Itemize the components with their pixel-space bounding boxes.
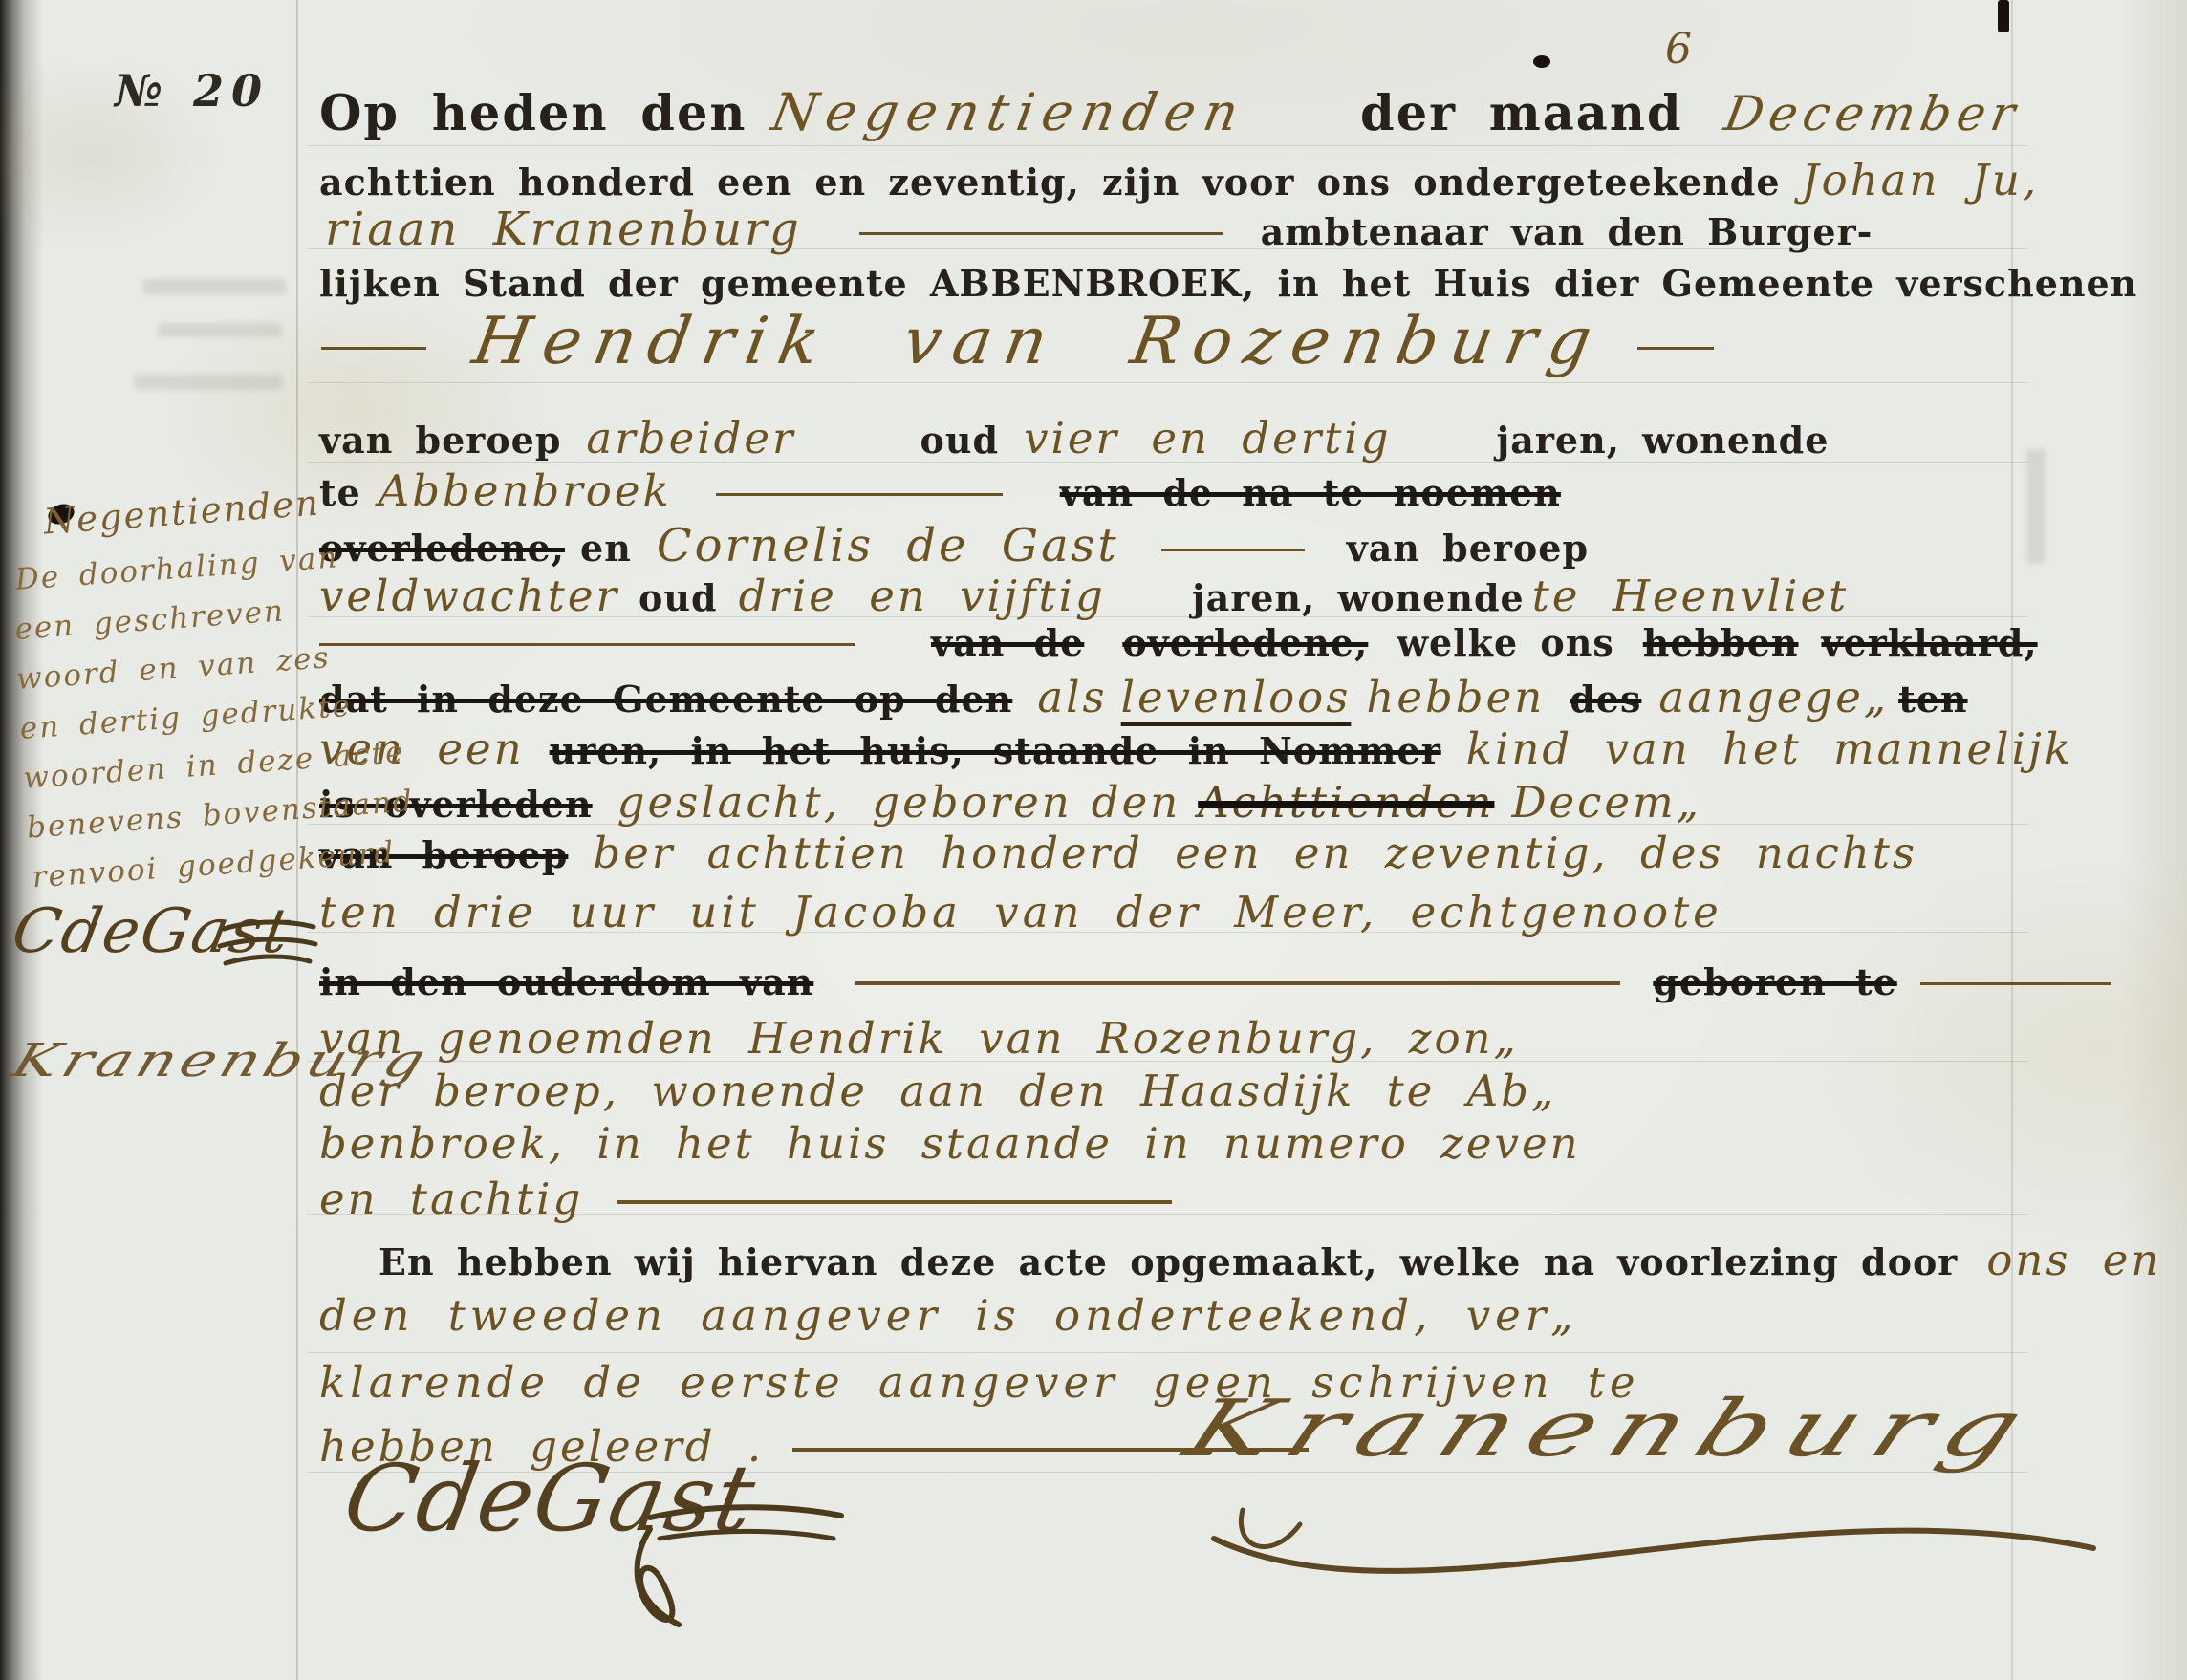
signature-sweep-icon (1185, 1472, 2122, 1644)
handwritten-occupation2: veldwachter (319, 571, 619, 621)
body-line-year: achttien honderd een en zeventig, zijn v… (319, 155, 2039, 205)
handwritten-residence2: te Heenvliet (1532, 571, 1849, 621)
handwritten-struck-date: Achttienden (1198, 777, 1494, 828)
handwritten-text: benbroek, in het huis staande in numero … (319, 1118, 1581, 1169)
renvooi-number: 6 (1665, 25, 1692, 74)
filler-line (1637, 347, 1714, 350)
handwritten-text: van genoemden Hendrik van Rozenburg, zon… (319, 1013, 1519, 1064)
printed-text: oud (920, 419, 1000, 462)
handwritten-month: December (1720, 86, 2024, 141)
handwritten-text: Decem„ (1511, 777, 1701, 828)
printed-text: En hebben wij hiervan deze acte opgemaak… (379, 1240, 1958, 1283)
signature-kranenburg: Kranenburg (1172, 1384, 2051, 1475)
handwritten-declarant2-name: Cornelis de Gast (657, 519, 1119, 572)
signature-paraph-icon (216, 914, 321, 980)
struck-printed-text: verklaard, (1822, 621, 2038, 664)
body-line-housenumber: en tachtig (319, 1174, 1172, 1224)
body-line-declaration3: is overledengeslacht, geborendenAchttien… (319, 777, 1701, 828)
printed-text: en (580, 527, 632, 570)
margin-signature-kranenburg: Kranenburg (6, 1034, 437, 1088)
body-line-address1: der beroep, wonende aan den Haasdijk te … (319, 1066, 1556, 1116)
printed-text: te (319, 471, 361, 514)
filler-line (859, 232, 1223, 235)
struck-printed-text: overledene, (1122, 621, 1368, 664)
handwritten-text: kind van het mannelijk (1466, 723, 2073, 774)
body-line-declarant1-details: van beroeparbeideroudvier en dertigjaren… (319, 413, 1829, 463)
printed-text: Op heden den (319, 85, 747, 142)
bleed-through-smudge (2026, 449, 2046, 564)
printed-text: jaren, wonende (1497, 419, 1830, 462)
handwritten-day: Negentienden (767, 82, 1251, 142)
body-line-address2: benbroek, in het huis staande in numero … (319, 1118, 1581, 1169)
handwritten-text: ber achttien honderd een en zeventig, de… (593, 828, 1917, 878)
filler-line (1161, 549, 1305, 551)
handwritten-text: geslacht, geboren (617, 777, 1072, 828)
handwritten-text: ons en (1986, 1235, 2161, 1285)
printed-text: der maand (1360, 85, 1683, 142)
handwritten-text: aangege„ (1658, 672, 1889, 722)
struck-printed-text: geboren te (1653, 960, 1896, 1003)
struck-printed-text: van de (931, 621, 1084, 664)
filler-line (716, 493, 1003, 496)
body-line-declarant2-details: veldwachterouddrie en vijftigjaren, wone… (319, 571, 1849, 621)
handwritten-age2: drie en vijftig (739, 571, 1106, 621)
handwritten-registrar-name-part2: riaan Kranenburg (325, 203, 802, 256)
filler-line (855, 981, 1620, 985)
filler-line (617, 1200, 1172, 1204)
body-line-closing-printed: En hebben wij hiervan deze acte opgemaak… (379, 1235, 2161, 1285)
filler-line (319, 643, 855, 646)
margin-annotation: Negentienden De doorhaling van een gesch… (4, 482, 318, 504)
bleed-through-smudge (143, 279, 287, 294)
ink-blot (1533, 55, 1550, 68)
ruled-line (308, 382, 2028, 383)
act-number: № 20 (115, 65, 270, 117)
body-line-municipality: lijken Stand der gemeente ABBENBROEK, in… (319, 262, 2137, 305)
handwritten-registrar-name-part1: Johan Ju, (1802, 155, 2040, 205)
printed-text: lijken Stand der gemeente ABBENBROEK, in… (319, 262, 2137, 305)
printed-text: achttien honderd een en zeventig, zijn v… (319, 161, 1781, 204)
handwritten-age: vier en dertig (1024, 413, 1391, 463)
handwritten-text: den tweeden aangever is onderteekend, ve… (319, 1290, 1578, 1341)
body-line-declaration1: dat in deze Gemeente op denalslevenloosh… (319, 672, 1968, 722)
printed-text: van beroep (1347, 527, 1589, 570)
body-line-declarant2-name: overledene,enCornelis de Gastvan beroep (319, 519, 1589, 572)
struck-printed-text: ten (1898, 678, 1967, 721)
filler-line (321, 347, 426, 350)
handwritten-underlined-levenloos: levenloos (1121, 672, 1352, 722)
body-line-declaration4: van beroepber achttien honderd een en ze… (319, 828, 1917, 878)
handwritten-mother-name: ten drie uur uit Jacoba van der Meer, ec… (319, 887, 1722, 937)
margin-note-line: een geschreven (13, 593, 286, 647)
body-line-relation: van deoverledene,welke onshebbenverklaar… (319, 621, 2038, 664)
struck-printed-text: overledene, (319, 527, 565, 570)
body-line-residence1: teAbbenbroekvan de na te noemen (319, 465, 1561, 516)
margin-note-line: De doorhaling van (14, 540, 340, 597)
struck-printed-text: hebben (1643, 621, 1799, 664)
body-line-age-blank: in den ouderdom vangeboren te (319, 960, 2111, 1003)
handwritten-residence: Abbenbroek (379, 465, 672, 516)
body-line-registrar: riaan Kranenburgambtenaar van den Burger… (325, 203, 1873, 256)
handwritten-occupation: arbeider (586, 413, 795, 463)
body-line-declaration2: ven eenuren, in het huis, staande in Nom… (319, 723, 2073, 774)
filler-line (1920, 982, 2111, 985)
printed-text: jaren, wonende (1192, 576, 1525, 619)
struck-printed-text: van de na te noemen (1060, 471, 1561, 514)
margin-note-line: renvooi goedgekeurd (31, 835, 396, 894)
handwritten-text: en tachtig (319, 1174, 583, 1224)
struck-printed-text: uren, in het huis, staande in Nommer (550, 729, 1441, 772)
body-line-mother: ten drie uur uit Jacoba van der Meer, ec… (319, 887, 1722, 937)
handwritten-text: der beroep, wonende aan den Haasdijk te … (319, 1066, 1556, 1116)
fold-crease (296, 0, 298, 1680)
struck-printed-text: dat in deze Gemeente op den (319, 678, 1012, 721)
handwritten-text: hebben (1366, 672, 1545, 722)
struck-printed-text: in den ouderdom van (319, 960, 813, 1003)
printed-text: van beroep (319, 419, 561, 462)
ruled-line (308, 145, 2028, 146)
body-line-closing2: den tweeden aangever is onderteekend, ve… (319, 1290, 1578, 1341)
margin-note-line: Negentienden (42, 483, 321, 543)
struck-printed-text: des (1570, 678, 1641, 721)
printed-text: welke ons (1397, 621, 1613, 664)
handwritten-text: als (1037, 672, 1107, 722)
printed-text: oud (639, 576, 718, 619)
margin-note-line: woord en van zes (15, 640, 332, 697)
bleed-through-smudge (134, 375, 282, 390)
signature-flourish-icon (593, 1491, 879, 1672)
bleed-through-smudge (158, 323, 282, 337)
handwritten-text: den (1092, 777, 1180, 828)
body-line-father: van genoemden Hendrik van Rozenburg, zon… (319, 1013, 1519, 1064)
printed-text: ambtenaar van den Burger- (1261, 210, 1873, 253)
handwritten-declarant1-name: Hendrik van Rozenburg (467, 304, 1610, 379)
ink-mark (1998, 0, 2009, 32)
margin-note-line: en dertig gedrukte (19, 689, 353, 746)
ruled-line (308, 1352, 2028, 1353)
body-line-declarant1-name: Hendrik van Rozenburg (321, 304, 1714, 379)
body-line-opening: Op heden denNegentiendender maandDecembe… (319, 82, 2020, 142)
civil-registry-act-page: № 20 6 Op heden denNegentiendender maand… (0, 0, 2187, 1680)
